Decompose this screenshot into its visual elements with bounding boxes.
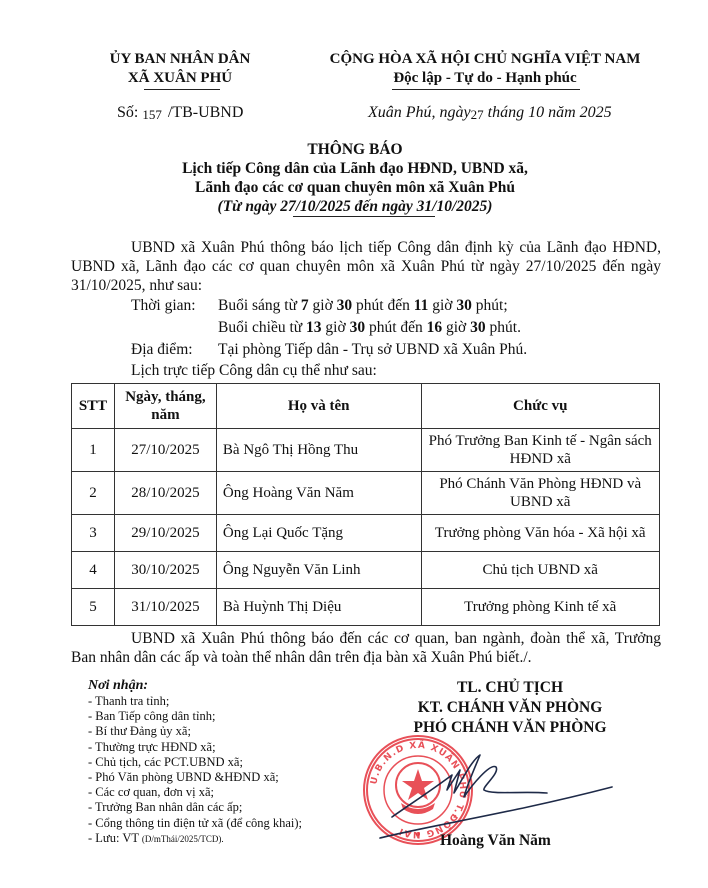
- cell-stt: 1: [72, 429, 115, 472]
- cell-position: Chủ tịch UBND xã: [421, 552, 660, 589]
- morning-hours: Buổi sáng từ 7 giờ 30 phút đến 11 giờ 30…: [218, 296, 508, 315]
- recipient-item: - Phó Văn phòng UBND &HĐND xã;: [88, 770, 302, 785]
- recipient-item: - Ban Tiếp công dân tỉnh;: [88, 709, 302, 724]
- handwritten-signature-icon: [372, 745, 617, 840]
- title-main: THÔNG BÁO: [120, 140, 590, 159]
- afternoon-hours: Buổi chiều từ 13 giờ 30 phút đến 16 giờ …: [218, 318, 521, 337]
- cell-date: 29/10/2025: [114, 515, 216, 552]
- document-number: Số:157/TB-UBND: [117, 104, 243, 122]
- recipient-item: - Cổng thông tin điện tử xã (để công kha…: [88, 816, 302, 831]
- cell-position: Trưởng phòng Kinh tế xã: [421, 589, 660, 626]
- sig-line-2: KT. CHÁNH VĂN PHÒNG: [350, 698, 670, 718]
- signature-titles: TL. CHỦ TỊCH KT. CHÁNH VĂN PHÒNG PHÓ CHÁ…: [350, 678, 670, 738]
- recipient-item: - Bí thư Đảng ủy xã;: [88, 724, 302, 739]
- header-stt: STT: [72, 384, 115, 429]
- cell-name: Ông Nguyễn Văn Linh: [216, 552, 421, 589]
- cell-stt: 5: [72, 589, 115, 626]
- cell-date: 27/10/2025: [114, 429, 216, 472]
- closing-paragraph: UBND xã Xuân Phú thông báo đến các cơ qu…: [71, 629, 661, 667]
- cell-name: Bà Huỳnh Thị Diệu: [216, 589, 421, 626]
- recipient-item: - Trưởng Ban nhân dân các ấp;: [88, 800, 302, 815]
- location-label: Địa điểm:: [131, 340, 193, 359]
- cell-date: 30/10/2025: [114, 552, 216, 589]
- location-value: Tại phòng Tiếp dân - Trụ sở UBND xã Xuân…: [218, 340, 527, 359]
- table-header-row: STT Ngày, tháng, năm Họ và tên Chức vụ: [72, 384, 660, 429]
- cell-date: 31/10/2025: [114, 589, 216, 626]
- national-motto: CỘNG HÒA XÃ HỘI CHỦ NGHĨA VIỆT NAM Độc l…: [300, 50, 670, 88]
- cell-position: Trưởng phòng Văn hóa - Xã hội xã: [421, 515, 660, 552]
- doc-number-prefix: Số:: [117, 104, 138, 121]
- motto-underline: [392, 89, 580, 90]
- cell-position: Phó Trưởng Ban Kinh tế - Ngân sách HĐND …: [421, 429, 660, 472]
- cell-name: Ông Lại Quốc Tặng: [216, 515, 421, 552]
- cell-name: Ông Hoàng Văn Năm: [216, 472, 421, 515]
- time-label: Thời gian:: [131, 296, 196, 315]
- signer-name: Hoàng Văn Năm: [440, 832, 551, 850]
- date-day: 27: [471, 107, 484, 122]
- table-row: 3 29/10/2025 Ông Lại Quốc Tặng Trưởng ph…: [72, 515, 660, 552]
- nation-line-2: Độc lập - Tự do - Hạnh phúc: [300, 69, 670, 88]
- recipient-item: - Chủ tịch, các PCT.UBND xã;: [88, 755, 302, 770]
- schedule-table: STT Ngày, tháng, năm Họ và tên Chức vụ 1…: [71, 383, 660, 626]
- table-row: 2 28/10/2025 Ông Hoàng Văn Năm Phó Chánh…: [72, 472, 660, 515]
- nation-line-1: CỘNG HÒA XÃ HỘI CHỦ NGHĨA VIỆT NAM: [300, 50, 670, 69]
- cell-position: Phó Chánh Văn Phòng HĐND và UBND xã: [421, 472, 660, 515]
- agency-line-1: ỦY BAN NHÂN DÂN: [90, 50, 270, 69]
- doc-number-suffix: /TB-UBND: [168, 104, 244, 121]
- title-date-range: (Từ ngày 27/10/2025 đến ngày 31/10/2025): [120, 197, 590, 216]
- recipients-list: Nơi nhận: - Thanh tra tỉnh; - Ban Tiếp c…: [88, 678, 302, 847]
- title-line-2: Lãnh đạo các cơ quan chuyên môn xã Xuân …: [120, 178, 590, 197]
- table-row: 5 31/10/2025 Bà Huỳnh Thị Diệu Trưởng ph…: [72, 589, 660, 626]
- schedule-intro: Lịch trực tiếp Công dân cụ thể như sau:: [131, 361, 377, 380]
- recipient-item: - Thường trực HĐND xã;: [88, 740, 302, 755]
- cell-date: 28/10/2025: [114, 472, 216, 515]
- table-row: 1 27/10/2025 Bà Ngô Thị Hồng Thu Phó Trư…: [72, 429, 660, 472]
- cell-stt: 2: [72, 472, 115, 515]
- title-line-1: Lịch tiếp Công dân của Lãnh đạo HĐND, UB…: [120, 159, 590, 178]
- header-date: Ngày, tháng, năm: [114, 384, 216, 429]
- recipients-heading: Nơi nhận:: [88, 678, 302, 694]
- header-name: Họ và tên: [216, 384, 421, 429]
- doc-number-value: 157: [142, 107, 162, 122]
- place-and-date: Xuân Phú, ngày27 tháng 10 năm 2025: [368, 104, 612, 122]
- table-row: 4 30/10/2025 Ông Nguyễn Văn Linh Chủ tịc…: [72, 552, 660, 589]
- issuing-agency: ỦY BAN NHÂN DÂN XÃ XUÂN PHÚ: [90, 50, 270, 88]
- place-date-suffix: tháng 10 năm 2025: [484, 104, 612, 121]
- agency-line-2: XÃ XUÂN PHÚ: [90, 69, 270, 88]
- cell-stt: 4: [72, 552, 115, 589]
- title-underline: [293, 216, 435, 217]
- cell-name: Bà Ngô Thị Hồng Thu: [216, 429, 421, 472]
- header-position: Chức vụ: [421, 384, 660, 429]
- recipient-item: - Thanh tra tỉnh;: [88, 694, 302, 709]
- sig-line-1: TL. CHỦ TỊCH: [350, 678, 670, 698]
- document-title: THÔNG BÁO Lịch tiếp Công dân của Lãnh đạ…: [120, 140, 590, 216]
- place-date-prefix: Xuân Phú, ngày: [368, 104, 471, 121]
- recipient-archive: - Lưu: VT (D/mThái/2025/TCD).: [88, 831, 302, 847]
- agency-underline: [144, 89, 220, 90]
- intro-paragraph: UBND xã Xuân Phú thông báo lịch tiếp Côn…: [71, 238, 661, 295]
- cell-stt: 3: [72, 515, 115, 552]
- recipient-item: - Các cơ quan, đơn vị xã;: [88, 785, 302, 800]
